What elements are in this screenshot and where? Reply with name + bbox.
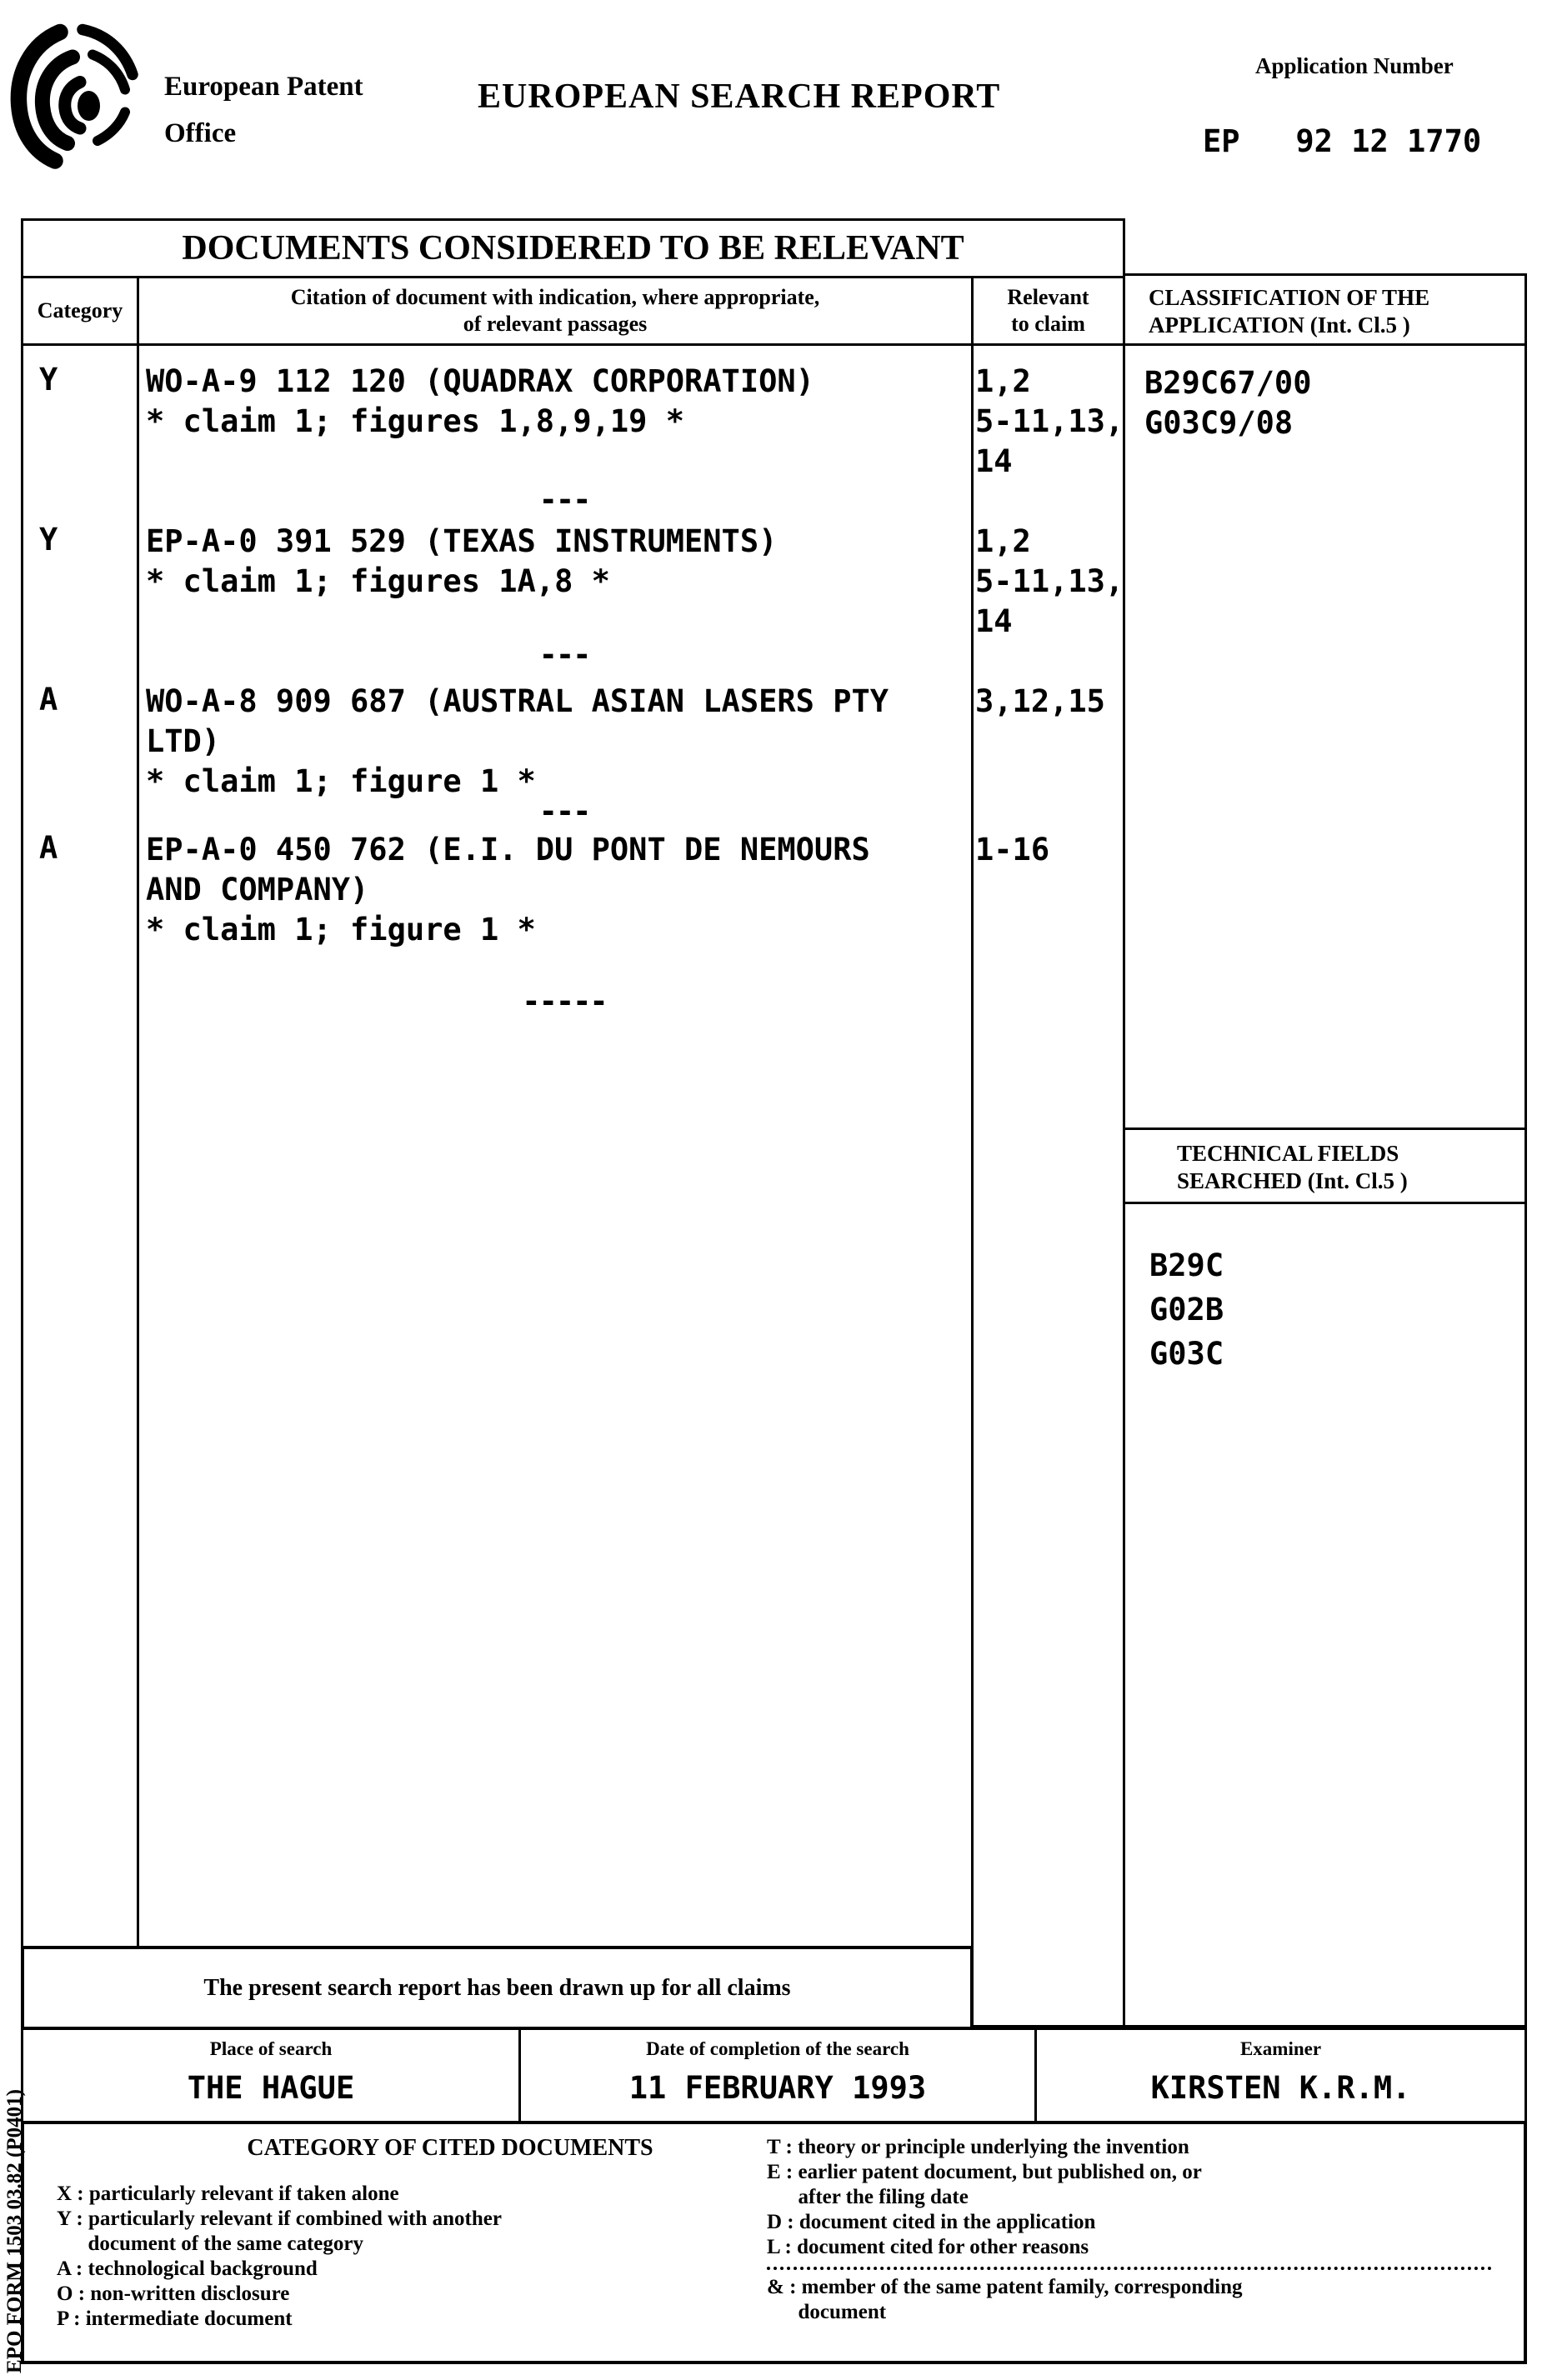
row-category: Y (39, 522, 58, 557)
epo-logo-icon (10, 22, 148, 170)
legend-item-t: T : theory or principle underlying the i… (767, 2135, 1500, 2160)
column-header-classification: CLASSIFICATION OF THE APPLICATION (Int. … (1123, 273, 1527, 346)
legend-item-o: O : non-written disclosure (57, 2282, 502, 2307)
examiner-cell: Examiner KIRSTEN K.R.M. (1034, 2027, 1527, 2123)
legend-title: CATEGORY OF CITED DOCUMENTS (125, 2135, 775, 2162)
drawn-up-statement: The present search report has been drawn… (21, 1946, 974, 2030)
row-separator: --- (146, 637, 983, 672)
place-of-search-label: Place of search (23, 2038, 518, 2060)
legend-item-l: L : document cited for other reasons (767, 2235, 1500, 2260)
row-claims: 1,2 5-11,13, 14 (975, 522, 1124, 642)
row-claims: 3,12,15 (975, 682, 1105, 722)
date-of-completion-label: Date of completion of the search (521, 2038, 1034, 2060)
row-separator: --- (146, 482, 983, 517)
place-of-search-cell: Place of search THE HAGUE (21, 2027, 521, 2123)
org-name: European Patent Office (164, 63, 363, 157)
legend-item-d: D : document cited in the application (767, 2210, 1500, 2235)
form-identifier: EPO FORM 1503 03.82 (P0401) (3, 2089, 27, 2373)
application-number-label: Application Number (1255, 53, 1454, 79)
legend-item-ampersand: & : member of the same patent family, co… (767, 2275, 1500, 2325)
row-category: A (39, 830, 58, 866)
date-of-completion-cell: Date of completion of the search 11 FEBR… (518, 2027, 1037, 2123)
row-claims: 1-16 (975, 830, 1049, 870)
legend-item-x: X : particularly relevant if taken alone (57, 2182, 502, 2207)
classification-codes: B29C67/00 G03C9/08 (1144, 363, 1311, 443)
application-number-value: EP 92 12 1770 (1203, 123, 1481, 159)
documents-considered-header: DOCUMENTS CONSIDERED TO BE RELEVANT (21, 218, 1125, 278)
legend-item-e: E : earlier patent document, but publish… (767, 2160, 1500, 2210)
technical-fields-header: TECHNICAL FIELDS SEARCHED (Int. Cl.5 ) (1123, 1127, 1527, 1204)
dotted-separator (767, 2267, 1492, 2270)
row-category: Y (39, 362, 58, 397)
legend-item-y: Y : particularly relevant if combined wi… (57, 2207, 502, 2257)
row-claims: 1,2 5-11,13, 14 (975, 362, 1124, 482)
legend-item-p: P : intermediate document (57, 2307, 502, 2332)
row-separator: --- (146, 793, 983, 829)
row-category: A (39, 682, 58, 717)
legend-right-column: T : theory or principle underlying the i… (767, 2135, 1500, 2325)
page-title: EUROPEAN SEARCH REPORT (478, 77, 1000, 117)
place-of-search-value: THE HAGUE (23, 2070, 518, 2106)
column-header-relevant-to-claim: Relevant to claim (971, 276, 1125, 346)
row-citation: EP-A-0 391 529 (TEXAS INSTRUMENTS) * cla… (146, 522, 777, 602)
row-separator: ----- (146, 983, 983, 1019)
search-report-page: European Patent Office EUROPEAN SEARCH R… (0, 0, 1547, 2380)
column-header-citation: Citation of document with indication, wh… (137, 276, 974, 346)
row-citation: EP-A-0 450 762 (E.I. DU PONT DE NEMOURS … (146, 830, 870, 950)
row-citation: WO-A-8 909 687 (AUSTRAL ASIAN LASERS PTY… (146, 682, 889, 802)
row-citation: WO-A-9 112 120 (QUADRAX CORPORATION) * c… (146, 362, 814, 442)
technical-fields-codes: B29C G02B G03C (1149, 1243, 1224, 1376)
citation-rows: Y WO-A-9 112 120 (QUADRAX CORPORATION) *… (21, 343, 1125, 1948)
examiner-value: KIRSTEN K.R.M. (1037, 2070, 1524, 2106)
legend-left-column: X : particularly relevant if taken alone… (57, 2182, 502, 2332)
legend-item-a: A : technological background (57, 2257, 502, 2282)
classification-column-body (1123, 343, 1527, 1130)
date-of-completion-value: 11 FEBRUARY 1993 (521, 2070, 1034, 2106)
examiner-label: Examiner (1037, 2038, 1524, 2060)
column-header-category: Category (21, 276, 139, 346)
